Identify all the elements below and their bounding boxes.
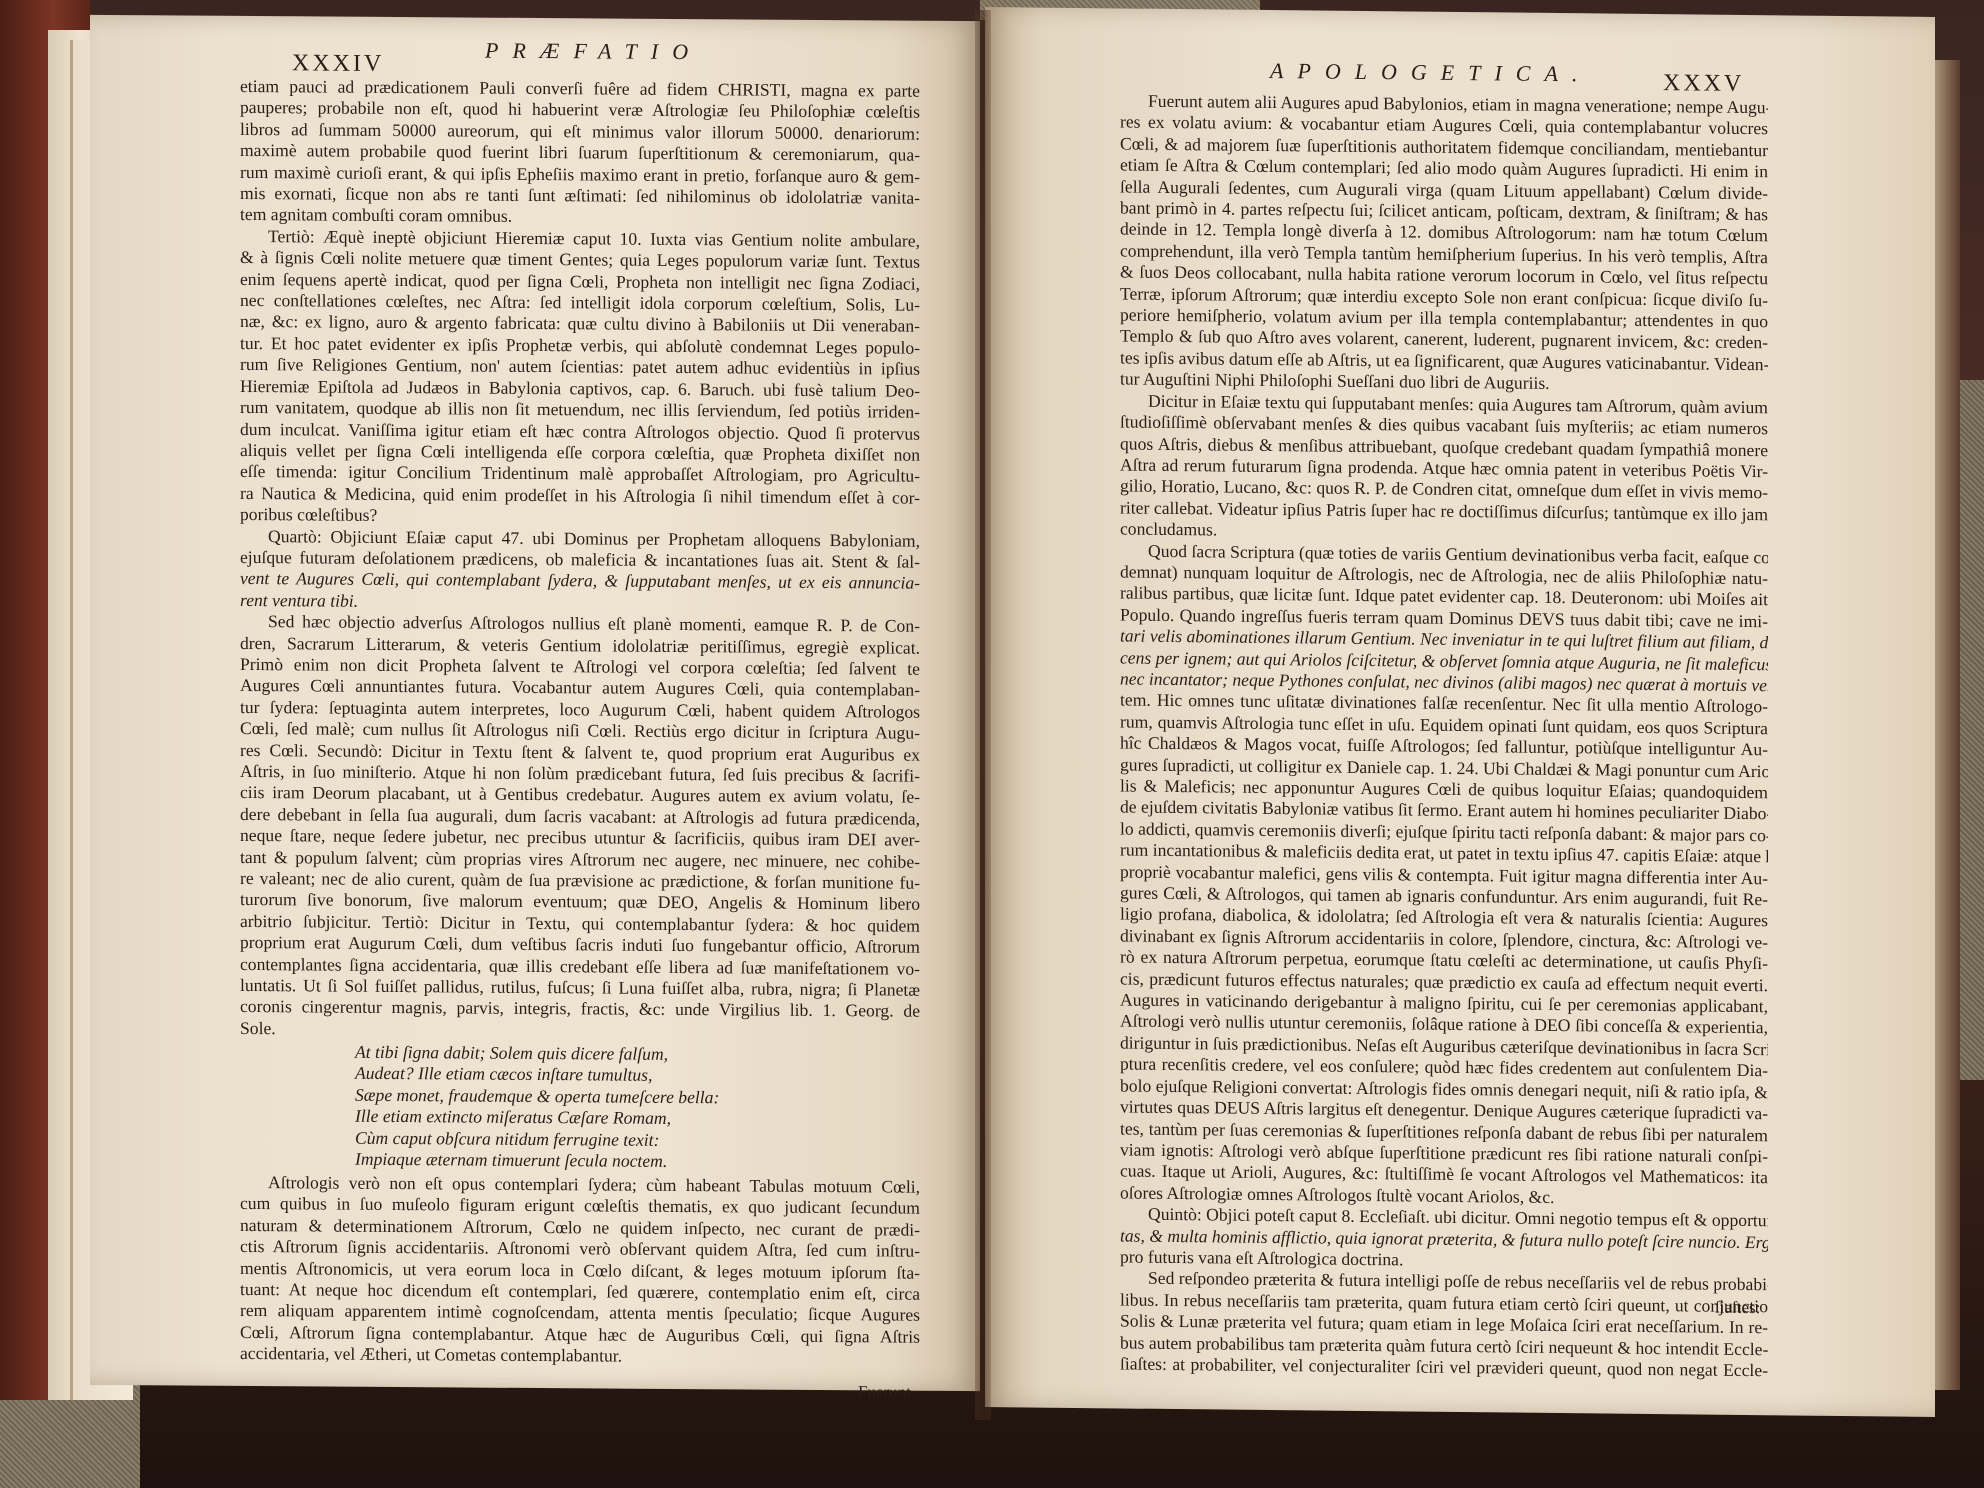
text-line: accidentaria, vel Ætheri, ut Cometas con… xyxy=(240,1343,920,1369)
left-body-text-continued: Aſtrologis verò non eſt opus contemplari… xyxy=(240,1172,920,1369)
book-gutter xyxy=(975,10,991,1420)
left-body-text: etiam pauci ad prædicationem Pauli conve… xyxy=(240,76,920,1044)
verse-line: Impiaque æternam timuerunt ſecula noctem… xyxy=(240,1148,920,1174)
right-page: APOLOGETICA. XXXV Fuerunt autem alii Aug… xyxy=(985,7,1935,1417)
folio-number-left: XXXIV xyxy=(292,50,384,78)
running-title-right: APOLOGETICA. xyxy=(1270,58,1591,87)
folio-number-right: XXXV xyxy=(1663,70,1744,98)
catchword-left: Fuerunt xyxy=(858,1382,911,1402)
right-body-text: Fuerunt autem alii Augures apud Babyloni… xyxy=(1120,90,1768,1381)
catchword-right: ſiaſtes: xyxy=(1715,1298,1760,1318)
verse-quotation: At tibi ſigna dabit; Solem quis dicere f… xyxy=(240,1041,920,1174)
left-page: XXXIV PRÆFATIO etiam pauci ad prædicatio… xyxy=(90,15,980,1391)
running-title-left: PRÆFATIO xyxy=(485,38,702,66)
